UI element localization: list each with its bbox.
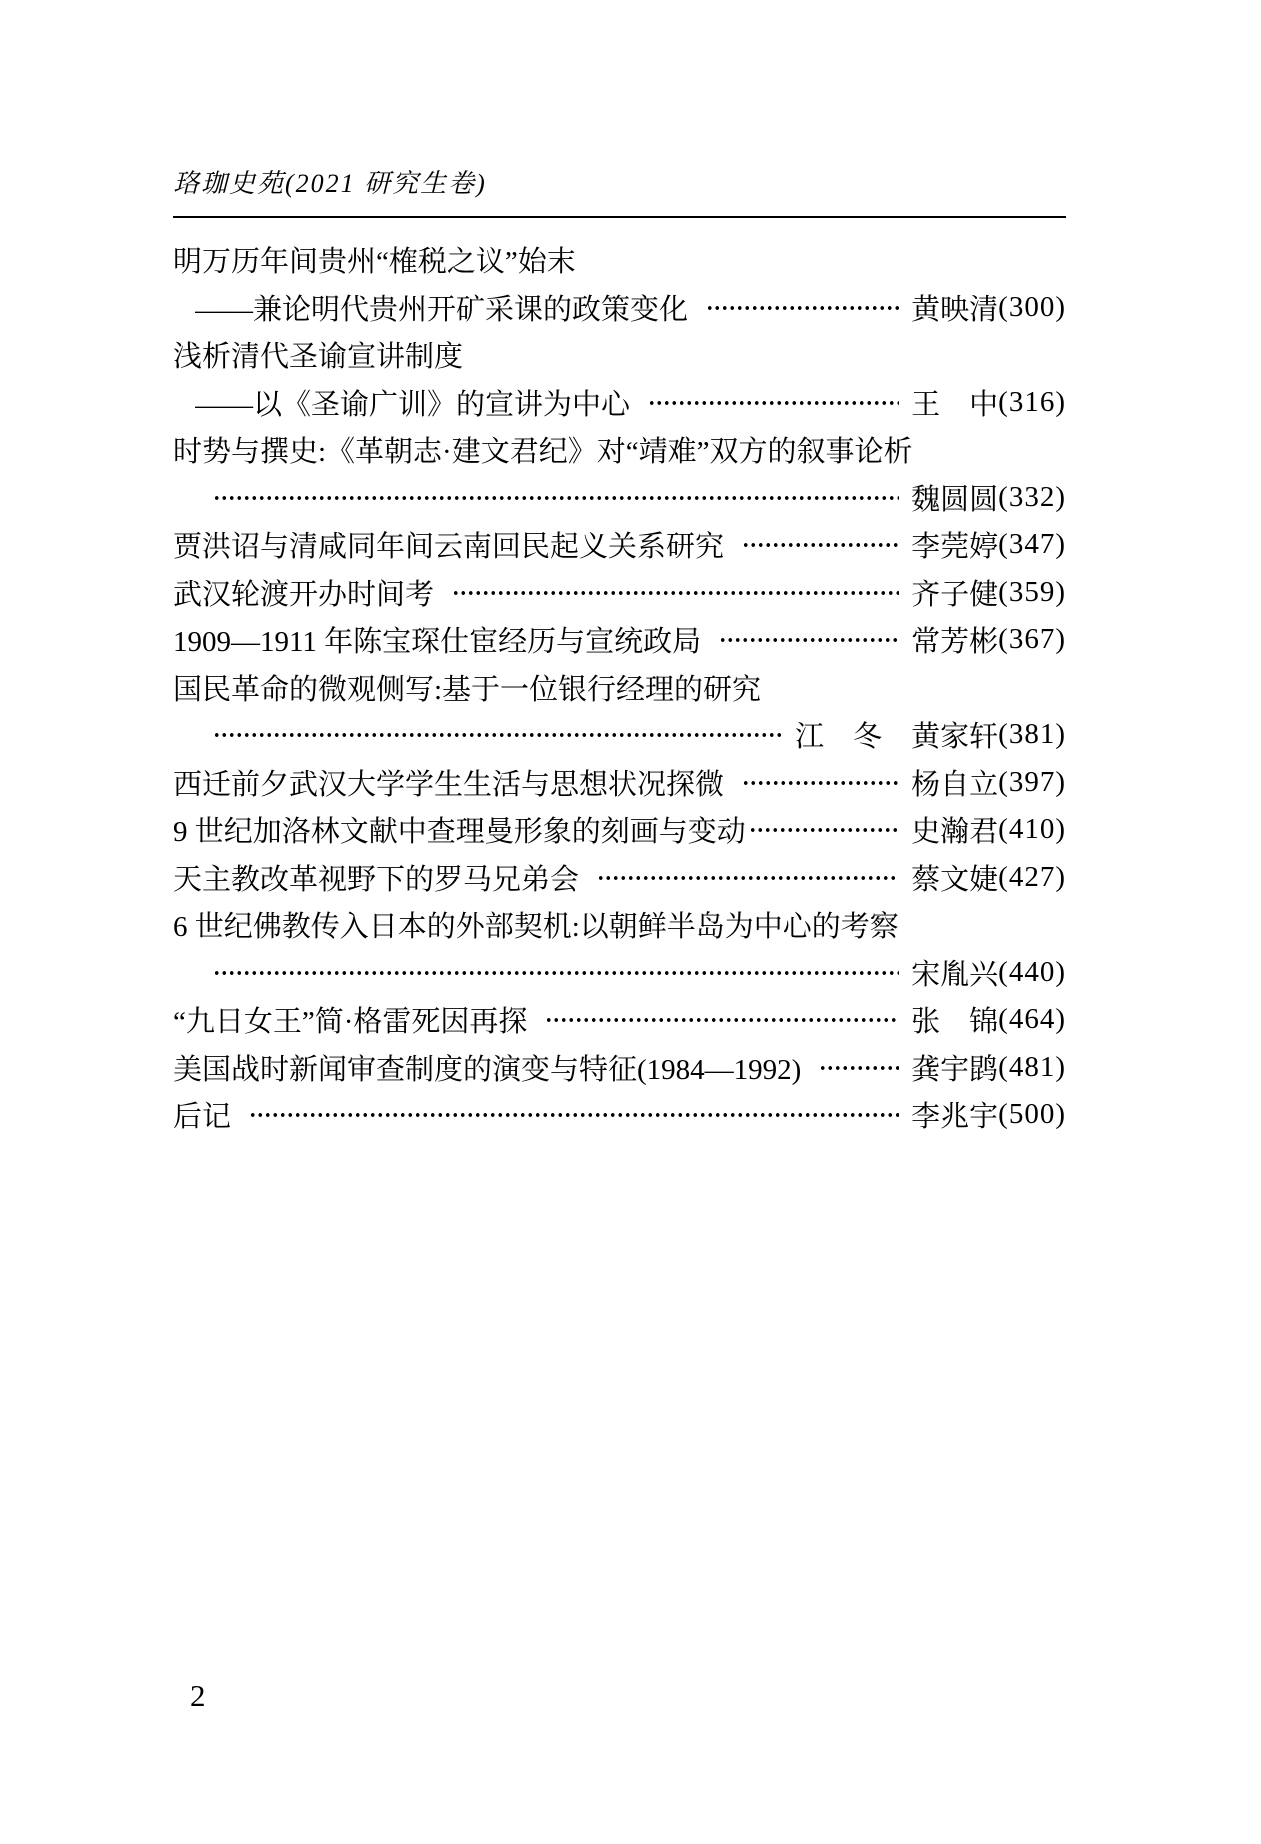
- toc-entry-author: 龚宇鹍: [911, 1047, 998, 1088]
- toc-entry-author: 李莞婷: [911, 524, 998, 565]
- toc-entry-author: 常芳彬: [911, 619, 998, 660]
- dot-leader: [706, 284, 899, 332]
- toc-entry-title: ——兼论明代贵州开矿采课的政策变化: [195, 287, 688, 328]
- toc-entry-line: ——以《圣谕广训》的宣讲为中心王 中(316): [173, 379, 1066, 427]
- toc-entry-author: 李兆宇: [911, 1094, 998, 1135]
- toc-title-line: 时势与撰史:《革朝志·建文君纪》对“靖难”双方的叙事论析: [173, 426, 1066, 474]
- page-header: 珞珈史苑(2021 研究生卷): [173, 167, 1066, 218]
- dot-leader: [597, 854, 899, 902]
- toc-entry-page: (316): [998, 386, 1066, 419]
- toc-entry-title: 西迁前夕武汉大学学生生活与思想状况探微: [173, 762, 724, 803]
- toc-entry-page: (500): [998, 1098, 1066, 1131]
- toc-entry-title: 武汉轮渡开办时间考: [173, 572, 434, 613]
- toc-entry-author: 王 中: [911, 382, 998, 423]
- toc-entry-line: 魏圆圆(332): [173, 474, 1066, 522]
- toc-entry-title: ——以《圣谕广训》的宣讲为中心: [195, 382, 630, 423]
- toc-entry-title: 国民革命的微观侧写:基于一位银行经理的研究: [173, 667, 761, 708]
- document-page: 珞珈史苑(2021 研究生卷) 明万历年间贵州“榷税之议”始末——兼论明代贵州开…: [0, 0, 1261, 1844]
- dot-leader: [742, 521, 899, 569]
- dot-leader: [213, 949, 899, 997]
- toc-entry-line: 9 世纪加洛林文献中查理曼形象的刻画与变动史瀚君(410): [173, 806, 1066, 854]
- dot-leader: [819, 1044, 899, 1092]
- dot-leader: [249, 1091, 899, 1139]
- toc-entry-author: 齐子健: [911, 572, 998, 613]
- dot-leader: [545, 996, 899, 1044]
- toc-entry-author: 史瀚君: [911, 809, 998, 850]
- toc-entry-title: 美国战时新闻审查制度的演变与特征(1984—1992): [173, 1047, 801, 1088]
- dot-leader: [452, 569, 899, 617]
- toc-entry-page: (367): [998, 623, 1066, 656]
- toc-title-line: 浅析清代圣谕宣讲制度: [173, 331, 1066, 379]
- table-of-contents: 明万历年间贵州“榷税之议”始末——兼论明代贵州开矿采课的政策变化黄映清(300)…: [173, 236, 1066, 1139]
- header-rule: [173, 216, 1066, 218]
- toc-entry-line: 武汉轮渡开办时间考齐子健(359): [173, 569, 1066, 617]
- toc-entry-title: 1909—1911 年陈宝琛仕宦经历与宣统政局: [173, 619, 701, 660]
- toc-entry-author: 黄映清: [911, 287, 998, 328]
- toc-entry-title: 天主教改革视野下的罗马兄弟会: [173, 857, 579, 898]
- page-number: 2: [190, 1678, 206, 1714]
- toc-entry-author: 张 锦: [911, 999, 998, 1040]
- journal-title: 珞珈史苑(2021 研究生卷): [173, 167, 1066, 201]
- dot-leader: [749, 806, 899, 854]
- toc-entry-line: 江 冬 黄家轩(381): [173, 711, 1066, 759]
- dot-leader: [648, 379, 899, 427]
- toc-entry-line: 宋胤兴(440): [173, 949, 1066, 997]
- dot-leader: [742, 759, 899, 807]
- dot-leader: [213, 474, 899, 522]
- toc-entry-title: 时势与撰史:《革朝志·建文君纪》对“靖难”双方的叙事论析: [173, 429, 912, 470]
- toc-entry-page: (359): [998, 576, 1066, 609]
- toc-entry-page: (397): [998, 766, 1066, 799]
- toc-entry-title: 后记: [173, 1094, 231, 1135]
- toc-entry-line: ——兼论明代贵州开矿采课的政策变化黄映清(300): [173, 284, 1066, 332]
- toc-entry-line: 天主教改革视野下的罗马兄弟会蔡文婕(427): [173, 854, 1066, 902]
- toc-entry-title: “九日女王”简·格雷死因再探: [173, 999, 527, 1040]
- toc-title-line: 国民革命的微观侧写:基于一位银行经理的研究: [173, 664, 1066, 712]
- toc-entry-line: “九日女王”简·格雷死因再探张 锦(464): [173, 996, 1066, 1044]
- toc-entry-page: (440): [998, 956, 1066, 989]
- toc-entry-page: (381): [998, 718, 1066, 751]
- toc-entry-page: (300): [998, 291, 1066, 324]
- toc-entry-author: 宋胤兴: [911, 952, 998, 993]
- toc-entry-page: (427): [998, 861, 1066, 894]
- toc-entry-line: 西迁前夕武汉大学学生生活与思想状况探微杨自立(397): [173, 759, 1066, 807]
- toc-entry-page: (481): [998, 1051, 1066, 1084]
- toc-entry-page: (410): [998, 813, 1066, 846]
- toc-entry-author: 蔡文婕: [911, 857, 998, 898]
- dot-leader: [213, 711, 783, 759]
- toc-entry-author: 杨自立: [911, 762, 998, 803]
- toc-entry-title: 9 世纪加洛林文献中查理曼形象的刻画与变动: [173, 809, 746, 850]
- toc-entry-line: 后记李兆宇(500): [173, 1091, 1066, 1139]
- toc-entry-title: 6 世纪佛教传入日本的外部契机:以朝鲜半岛为中心的考察: [173, 904, 899, 945]
- toc-title-line: 明万历年间贵州“榷税之议”始末: [173, 236, 1066, 284]
- dot-leader: [719, 616, 899, 664]
- toc-entry-line: 美国战时新闻审查制度的演变与特征(1984—1992)龚宇鹍(481): [173, 1044, 1066, 1092]
- toc-entry-page: (464): [998, 1003, 1066, 1036]
- toc-entry-title: 浅析清代圣谕宣讲制度: [173, 334, 463, 375]
- toc-entry-line: 1909—1911 年陈宝琛仕宦经历与宣统政局常芳彬(367): [173, 616, 1066, 664]
- toc-title-line: 6 世纪佛教传入日本的外部契机:以朝鲜半岛为中心的考察: [173, 901, 1066, 949]
- toc-entry-line: 贾洪诏与清咸同年间云南回民起义关系研究李莞婷(347): [173, 521, 1066, 569]
- toc-entry-title: 贾洪诏与清咸同年间云南回民起义关系研究: [173, 524, 724, 565]
- toc-entry-page: (347): [998, 528, 1066, 561]
- toc-entry-author: 魏圆圆: [911, 477, 998, 518]
- toc-entry-author: 江 冬 黄家轩: [795, 714, 998, 755]
- toc-entry-page: (332): [998, 481, 1066, 514]
- toc-entry-title: 明万历年间贵州“榷税之议”始末: [173, 239, 576, 280]
